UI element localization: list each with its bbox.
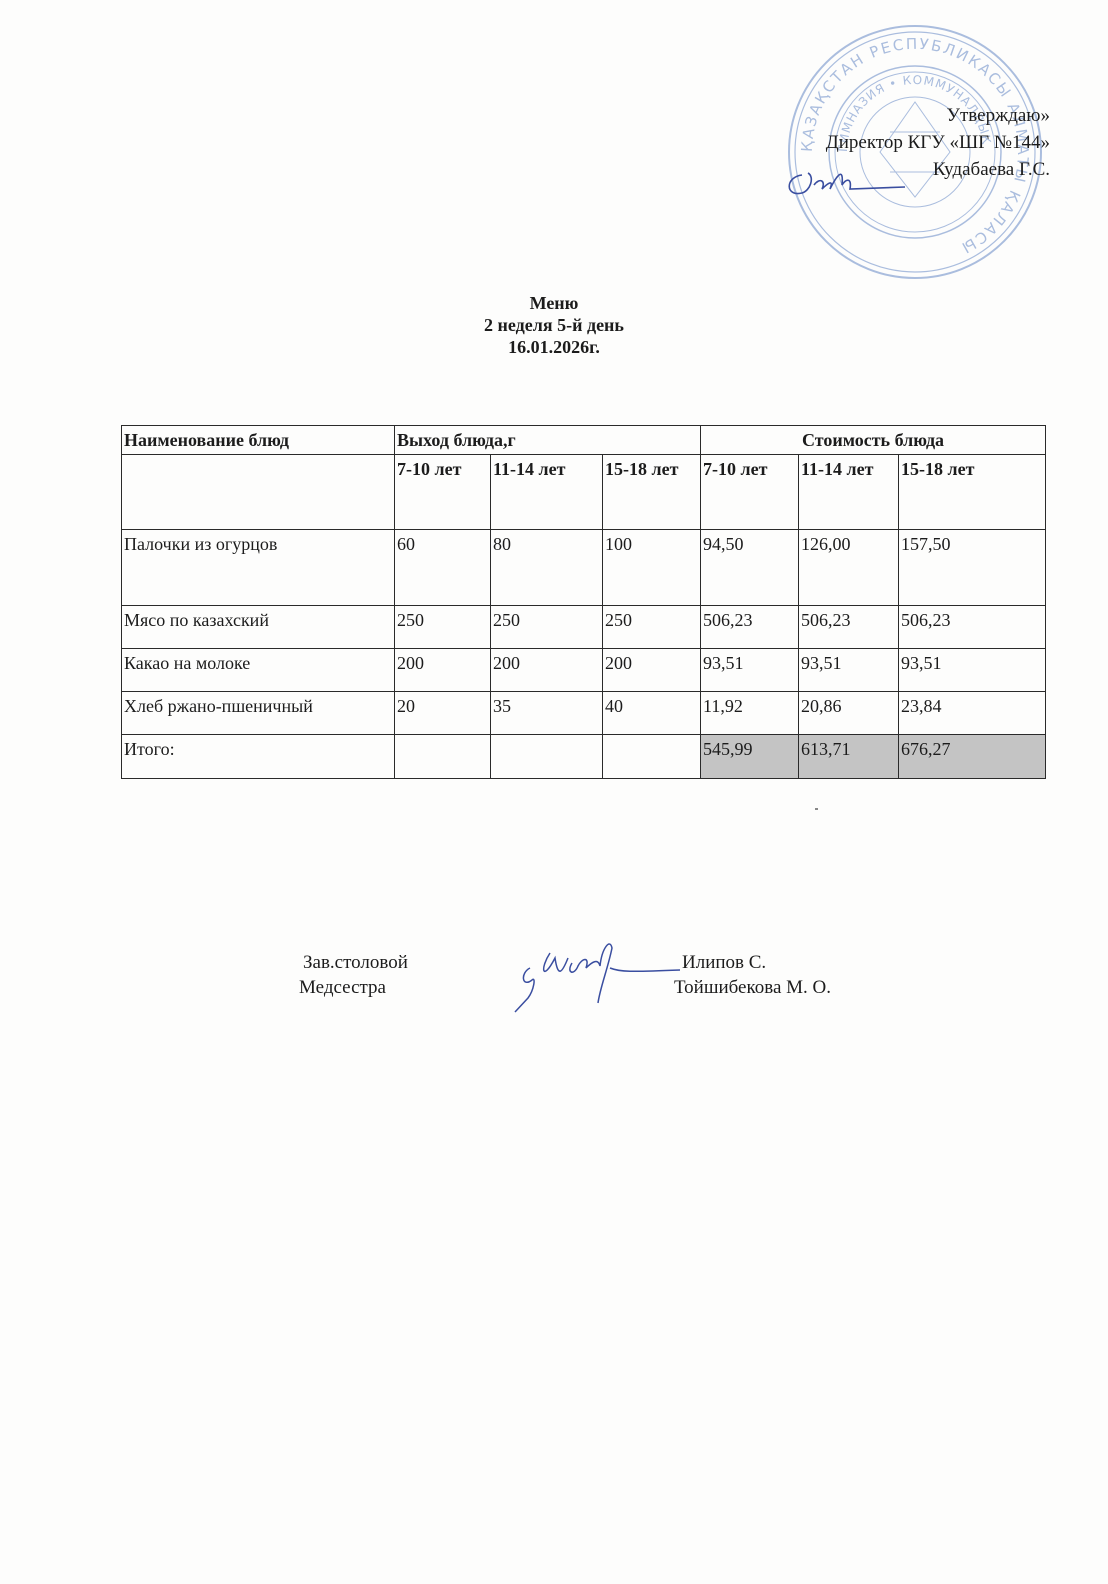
title-week-day: 2 неделя 5-й день [0,314,1108,336]
cost-value: 157,50 [899,530,1046,606]
dish-name: Палочки из огурцов [122,530,395,606]
yield-value: 200 [603,649,701,692]
yield-value: 200 [395,649,491,692]
empty-cell [395,735,491,779]
yield-value: 250 [395,606,491,649]
cost-age-11-14: 11-14 лет [799,455,899,530]
cost-value: 506,23 [701,606,799,649]
approval-position: Директор КГУ «ШГ №144» [826,129,1050,156]
canteen-name: Илипов С. [682,950,766,975]
table-header-row: Наименование блюд Выход блюда,г Стоимост… [122,426,1046,455]
table-row: Хлеб ржано-пшеничный 20 35 40 11,92 20,8… [122,692,1046,735]
total-cost: 545,99 [701,735,799,779]
speck [815,808,818,810]
canteen-role: Зав.столовой [303,950,408,975]
cost-value: 20,86 [799,692,899,735]
table-row: Мясо по казахский 250 250 250 506,23 506… [122,606,1046,649]
cost-value: 126,00 [799,530,899,606]
yield-value: 35 [491,692,603,735]
table-total-row: Итого: 545,99 613,71 676,27 [122,735,1046,779]
subheader-empty [122,455,395,530]
staff-signature [500,928,680,1018]
approval-heading: Утверждаю» [826,102,1050,129]
nurse-role: Медсестра [299,975,386,1000]
yield-value: 60 [395,530,491,606]
director-signature [780,155,910,200]
yield-age-11-14: 11-14 лет [491,455,603,530]
cost-age-15-18: 15-18 лет [899,455,1046,530]
cost-value: 93,51 [799,649,899,692]
yield-value: 250 [491,606,603,649]
document-title: Меню 2 неделя 5-й день 16.01.2026г. [0,292,1108,358]
table-subheader-row: 7-10 лет 11-14 лет 15-18 лет 7-10 лет 11… [122,455,1046,530]
header-cost: Стоимость блюда [701,426,1046,455]
total-cost: 613,71 [799,735,899,779]
total-cost: 676,27 [899,735,1046,779]
yield-value: 80 [491,530,603,606]
empty-cell [491,735,603,779]
cost-value: 506,23 [799,606,899,649]
total-label: Итого: [122,735,395,779]
dish-name: Хлеб ржано-пшеничный [122,692,395,735]
yield-value: 100 [603,530,701,606]
empty-cell [603,735,701,779]
yield-value: 40 [603,692,701,735]
cost-age-7-10: 7-10 лет [701,455,799,530]
yield-age-7-10: 7-10 лет [395,455,491,530]
cost-value: 23,84 [899,692,1046,735]
yield-value: 200 [491,649,603,692]
cost-value: 11,92 [701,692,799,735]
cost-value: 93,51 [701,649,799,692]
header-yield: Выход блюда,г [395,426,701,455]
cost-value: 94,50 [701,530,799,606]
cost-value: 93,51 [899,649,1046,692]
menu-table: Наименование блюд Выход блюда,г Стоимост… [121,425,1046,779]
title-date: 16.01.2026г. [0,336,1108,358]
cost-value: 506,23 [899,606,1046,649]
table-row: Какао на молоке 200 200 200 93,51 93,51 … [122,649,1046,692]
table-row: Палочки из огурцов 60 80 100 94,50 126,0… [122,530,1046,606]
dish-name: Какао на молоке [122,649,395,692]
title-menu: Меню [0,292,1108,314]
header-dish-name: Наименование блюд [122,426,395,455]
dish-name: Мясо по казахский [122,606,395,649]
nurse-name: Тойшибекова М. О. [674,975,831,1000]
yield-value: 250 [603,606,701,649]
yield-age-15-18: 15-18 лет [603,455,701,530]
yield-value: 20 [395,692,491,735]
